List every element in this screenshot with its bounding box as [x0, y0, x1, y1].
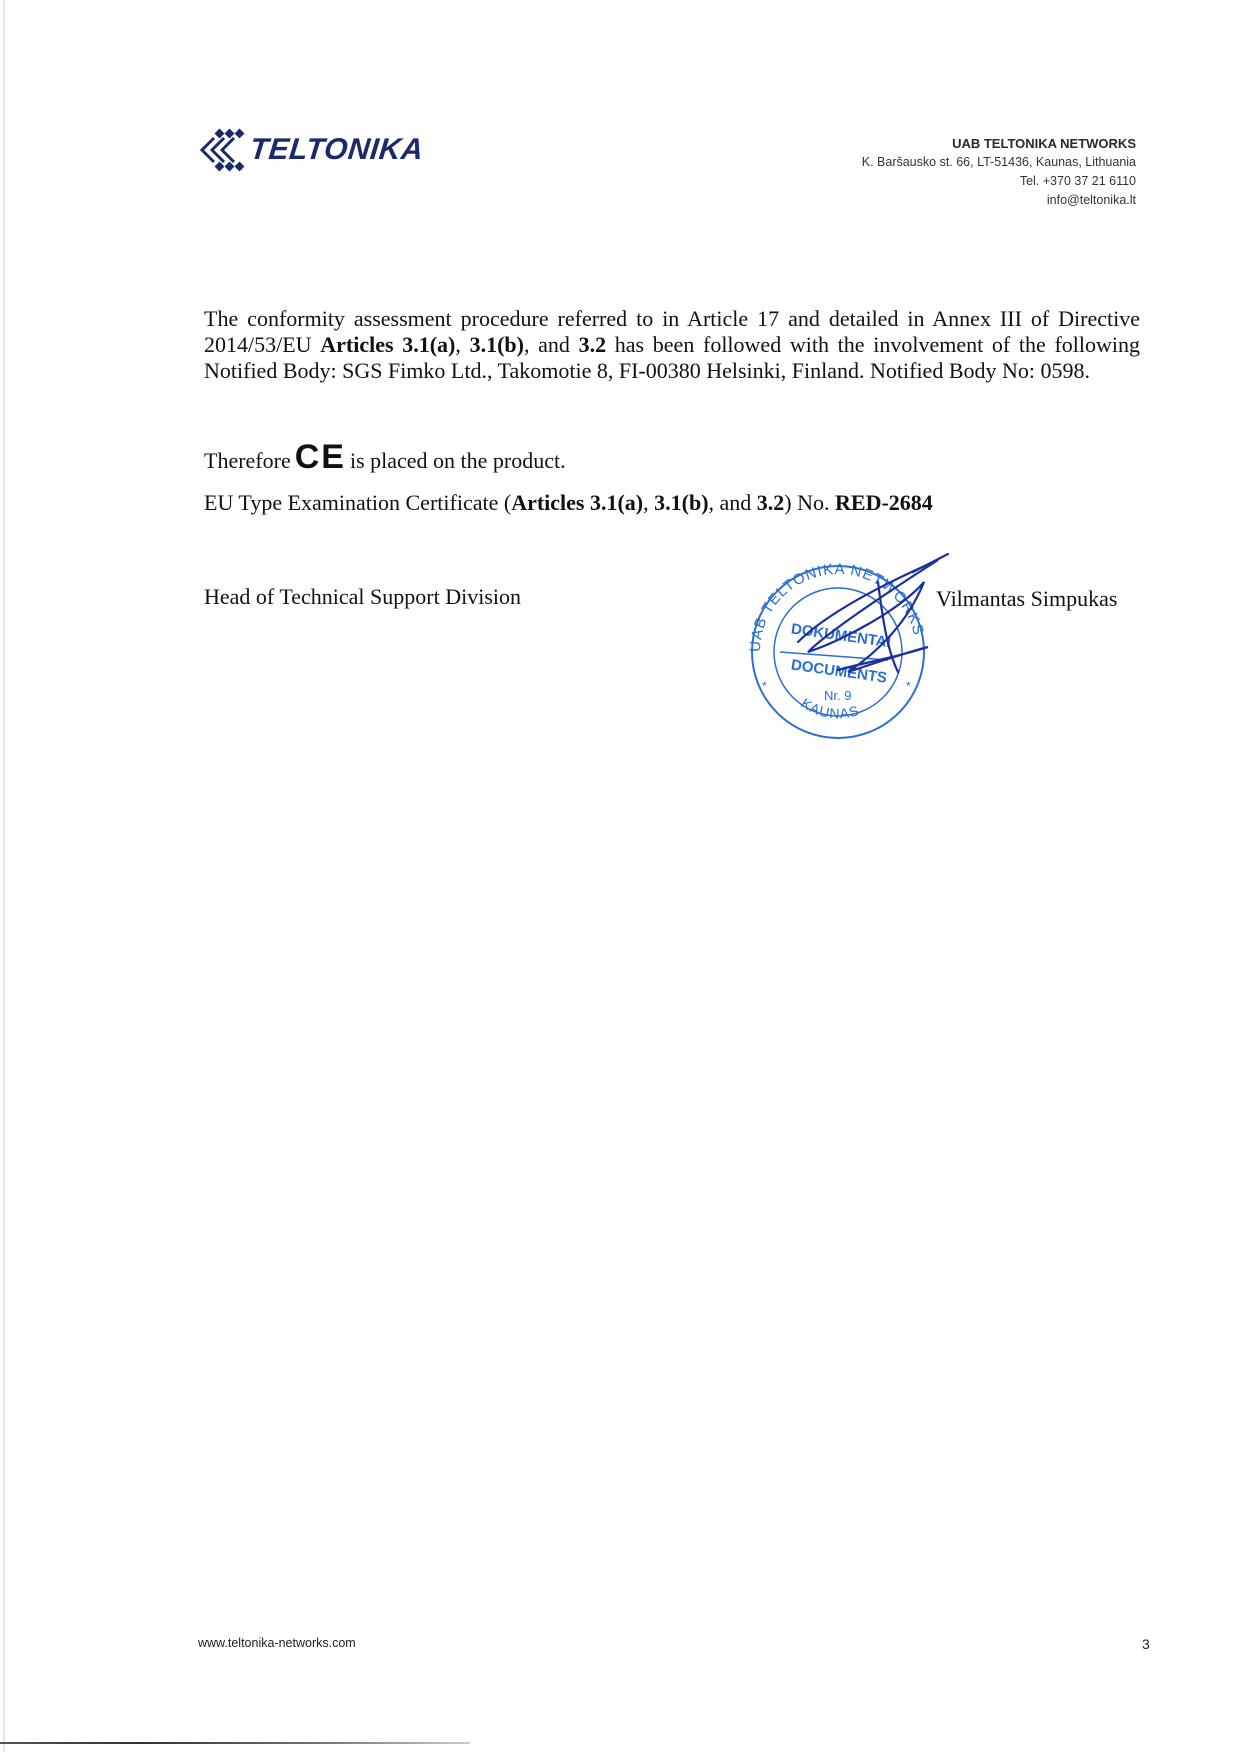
certificate-paragraph: EU Type Examination Certificate (Article… [204, 490, 1140, 516]
bold-text: Articles 3.1(a) [320, 332, 455, 357]
conformity-paragraph: The conformity assessment procedure refe… [204, 306, 1140, 384]
signer-name: Vilmantas Simpukas [936, 586, 1117, 612]
stamp-number: Nr. 9 [824, 688, 851, 703]
company-stamp-icon: UAB TELTONIKA NETWORKS DOKUMENTAI DOCUME… [738, 552, 958, 742]
text: Therefore [204, 448, 291, 474]
scan-edge [3, 0, 5, 1752]
svg-text:*: * [762, 679, 767, 693]
text: is placed on the product. [350, 448, 566, 474]
company-info: UAB TELTONIKA NETWORKS K. Baršausko st. … [862, 134, 1136, 210]
bold-text: 3.2 [579, 332, 607, 357]
signer-title: Head of Technical Support Division [204, 584, 521, 610]
text: EU Type Examination Certificate ( [204, 490, 511, 515]
text: , and [709, 490, 757, 515]
ce-paragraph: Therefore CE is placed on the product. [204, 444, 1140, 478]
bold-text: 3.1(b) [654, 490, 708, 515]
bold-text: Articles 3.1(a) [511, 490, 643, 515]
svg-text:*: * [906, 679, 911, 693]
text: , and [524, 332, 579, 357]
page-number: 3 [1142, 1636, 1150, 1652]
company-phone: Tel. +370 37 21 6110 [862, 172, 1136, 191]
bold-text: 3.1(b) [470, 332, 524, 357]
footer-website-link[interactable]: www.teltonika-networks.com [198, 1636, 356, 1650]
company-address: K. Baršausko st. 66, LT-51436, Kaunas, L… [862, 153, 1136, 172]
text: , [643, 490, 654, 515]
text: , [455, 332, 469, 357]
scan-artifact-line [0, 1742, 470, 1744]
logo-text: TELTONIKA [248, 133, 425, 167]
certificate-number: RED-2684 [835, 490, 933, 515]
text: ) No. [784, 490, 835, 515]
company-email: info@teltonika.lt [862, 191, 1136, 210]
teltonika-logo: TELTONIKA [196, 128, 423, 172]
bold-text: 3.2 [757, 490, 785, 515]
logo-chevrons-icon [196, 128, 248, 172]
ce-mark-icon: CE [295, 440, 346, 474]
company-name: UAB TELTONIKA NETWORKS [862, 134, 1136, 153]
